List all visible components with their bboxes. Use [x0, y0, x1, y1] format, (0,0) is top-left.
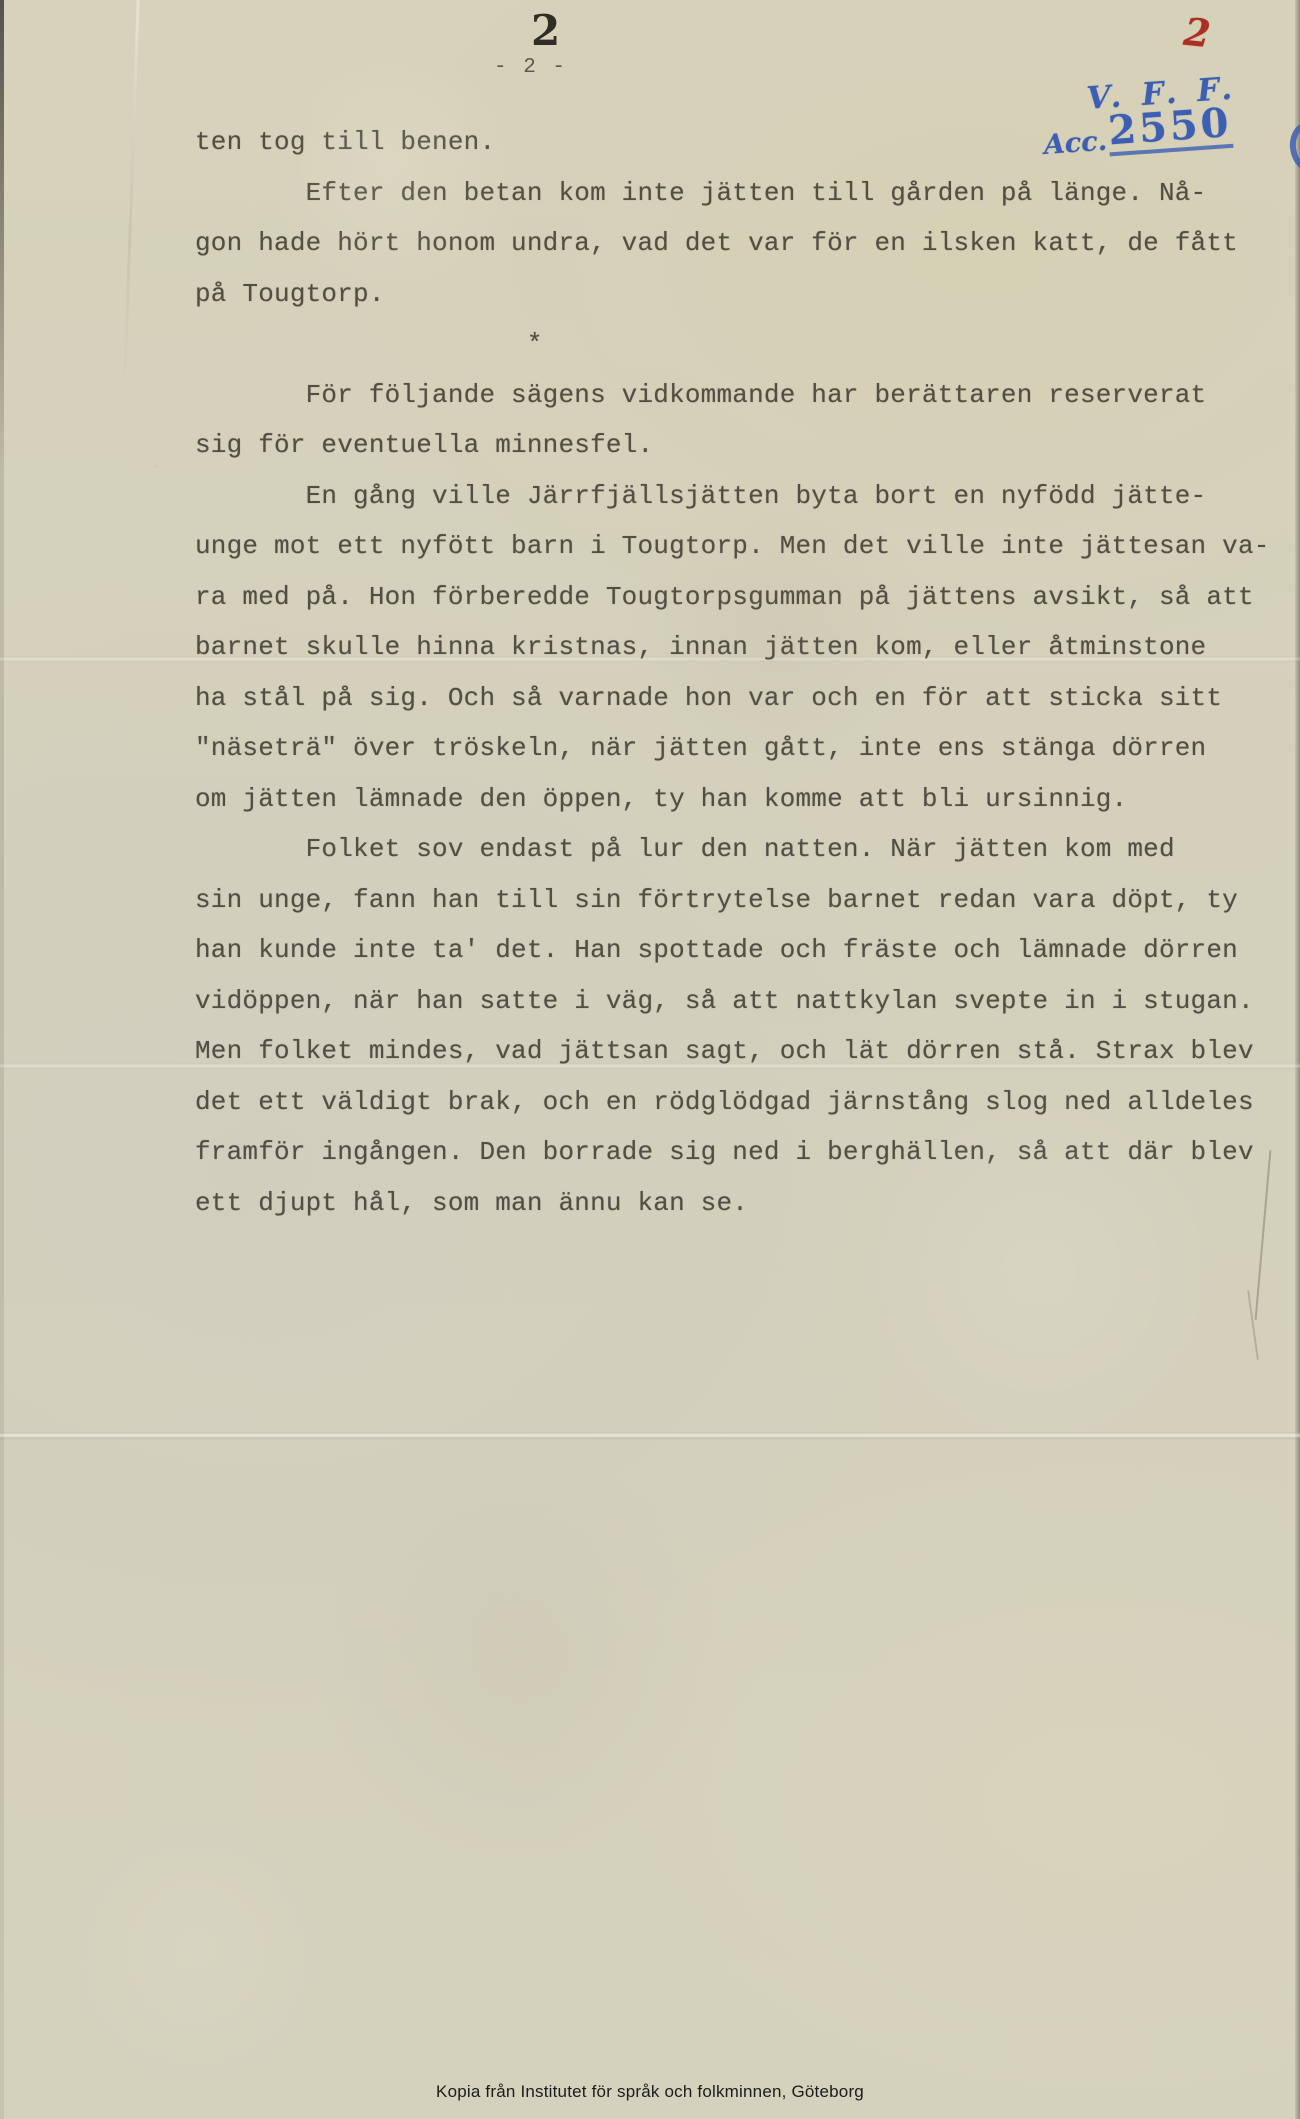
typewritten-line: vidöppen, när han satte i väg, så att na…	[195, 976, 1270, 1027]
typewritten-text: ten tog till benen. Efter den betan kom …	[195, 117, 1270, 1228]
typewritten-line: Efter den betan kom inte jätten till går…	[195, 168, 1270, 219]
fold-crease-lower	[0, 1432, 1300, 1440]
typed-page-number: - 2 -	[494, 56, 567, 79]
scan-edge-left	[0, 0, 4, 2119]
typewritten-line: framför ingången. Den borrade sig ned i …	[195, 1127, 1270, 1178]
typewritten-line: Folket sov endast på lur den natten. När…	[195, 824, 1270, 875]
page-number: 2	[531, 6, 560, 55]
typewritten-line: För följande sägens vidkommande har berä…	[195, 370, 1270, 421]
typewritten-line: barnet skulle hinna kristnas, innan jätt…	[195, 622, 1270, 673]
stamp-edge-mark	[1287, 120, 1300, 175]
scanned-document-page: 2 2 - 2 - V. F. F. Acc. 2550 ten tog til…	[0, 0, 1300, 2119]
typewritten-line: ha stål på sig. Och så varnade hon var o…	[195, 673, 1270, 724]
typewritten-asterisk-separator: *	[195, 319, 1270, 370]
pencil-scratch-mark	[1247, 1290, 1259, 1360]
typewritten-line: ett djupt hål, som man ännu kan se.	[195, 1178, 1270, 1229]
typewritten-line: "näseträ" över tröskeln, när jätten gått…	[195, 723, 1270, 774]
typewritten-line: sig för eventuella minnesfel.	[195, 420, 1270, 471]
typewritten-line: om jätten lämnade den öppen, ty han komm…	[195, 774, 1270, 825]
typewritten-line: unge mot ett nyfött barn i Tougtorp. Men…	[195, 521, 1270, 572]
archive-copy-notice: Kopia från Institutet för språk och folk…	[0, 2082, 1300, 2102]
scan-edge-right	[1295, 0, 1300, 2119]
handwritten-red-number: 2	[1182, 9, 1213, 57]
typewritten-line: Men folket mindes, vad jättsan sagt, och…	[195, 1026, 1270, 1077]
typewritten-line: ten tog till benen.	[195, 117, 1270, 168]
typewritten-line: han kunde inte ta' det. Han spottade och…	[195, 925, 1270, 976]
typewritten-line: gon hade hört honom undra, vad det var f…	[195, 218, 1270, 269]
typewritten-line: det ett väldigt brak, och en rödglödgad …	[195, 1077, 1270, 1128]
typewritten-line: ra med på. Hon förberedde Tougtorpsgumma…	[195, 572, 1270, 623]
typewritten-line: på Tougtorp.	[195, 269, 1270, 320]
fold-crease-topleft	[123, 0, 140, 390]
typewritten-line: En gång ville Järrfjällsjätten byta bort…	[195, 471, 1270, 522]
typewritten-line: sin unge, fann han till sin förtrytelse …	[195, 875, 1270, 926]
